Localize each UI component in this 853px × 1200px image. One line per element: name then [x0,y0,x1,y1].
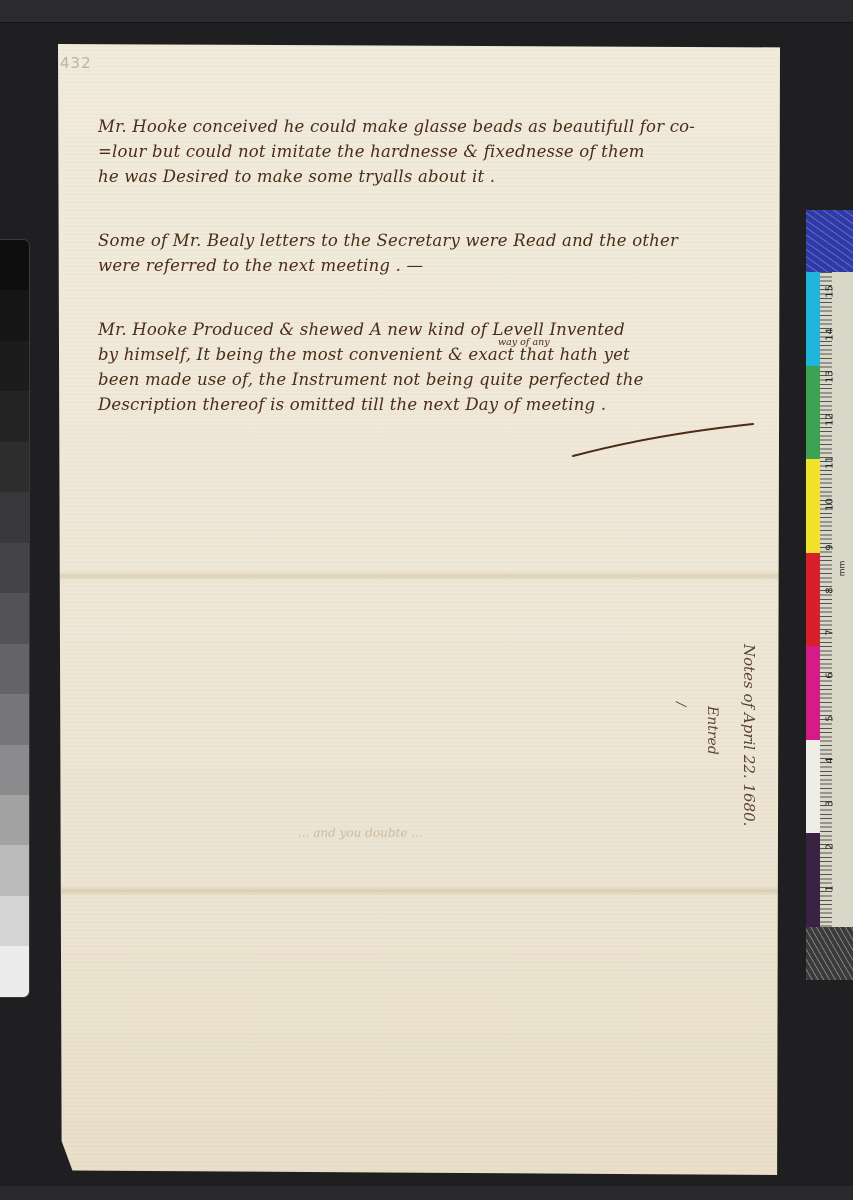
text-line: Mr. Hooke Produced & shewed A new kind o… [98,317,768,342]
scale-number: 6 [825,666,836,686]
greyscale-step [0,543,29,593]
greyscale-step [0,694,29,744]
color-scale-ruler: 151413121110987654321mm [806,210,853,980]
show-through-text: ... and you doubte ... [298,826,423,840]
top-background-band [0,0,853,23]
paragraph-bealy-letters: Some of Mr. Bealy letters to the Secreta… [98,228,768,278]
closing-flourish [568,416,758,461]
scale-unit-label: mm [838,559,847,579]
greyscale-step [0,290,29,340]
paper-fold-line [58,571,780,581]
scale-number: 8 [825,580,836,600]
color-swatch-yellow [806,459,820,553]
text-line: Some of Mr. Bealy letters to the Secreta… [98,228,768,253]
greyscale-step [0,341,29,391]
text-line: Mr. Hooke conceived he could make glasse… [98,114,768,139]
scale-number: 14 [825,324,836,344]
greyscale-step [0,391,29,441]
color-swatch-red [806,553,820,647]
color-swatch-magenta [806,646,820,740]
greyscale-step [0,946,29,996]
endorsement-entred: Entred [704,706,720,755]
scale-number: 1 [825,879,836,899]
greyscale-step [0,845,29,895]
color-swatch-green [806,366,820,460]
color-swatch-purple [806,833,820,927]
interlinear-insertion: way of any [498,337,550,348]
paper-fold-line [58,886,780,896]
endorsement-mark: / [673,702,688,706]
greyscale-step [0,896,29,946]
manuscript-page: 432 Mr. Hooke conceived he could make gl… [58,44,780,1175]
scale-number: 2 [825,836,836,856]
text-line: were referred to the next meeting . — [98,253,768,278]
greyscale-step [0,795,29,845]
scale-number: 10 [825,495,836,515]
greyscale-step [0,745,29,795]
paragraph-glass-beads: Mr. Hooke conceived he could make glasse… [98,114,768,189]
text-line: been made use of, the Instrument not bei… [98,367,768,392]
greyscale-step [0,593,29,643]
color-swatch-white [806,740,820,834]
scale-number: 3 [825,794,836,814]
folio-number: 432 [60,54,92,72]
greyscale-step [0,492,29,542]
scale-number: 7 [825,623,836,643]
bottom-background-band [0,1186,853,1200]
scale-number: 9 [825,538,836,558]
scale-number: 12 [825,410,836,430]
paragraph-new-levell: Mr. Hooke Produced & shewed A new kind o… [98,317,768,417]
scale-number: 4 [825,751,836,771]
scale-number: 15 [825,282,836,302]
ruler-bottom-cap [806,927,853,980]
scale-number: 5 [825,708,836,728]
greyscale-target [0,240,29,997]
text-line: =lour but could not imitate the hardness… [98,139,768,164]
endorsement-date: Notes of April 22. 1680. [740,644,758,826]
text-line: Description thereof is omitted till the … [98,392,768,417]
greyscale-step [0,240,29,290]
color-swatch-cyan [806,272,820,366]
greyscale-step [0,644,29,694]
text-line: by himself, It being the most convenient… [98,342,768,367]
scale-number: 13 [825,367,836,387]
scale-number: 11 [825,452,836,472]
greyscale-step [0,442,29,492]
ruler-blue-cap [806,210,853,272]
text-line: he was Desired to make some tryalls abou… [98,164,768,189]
